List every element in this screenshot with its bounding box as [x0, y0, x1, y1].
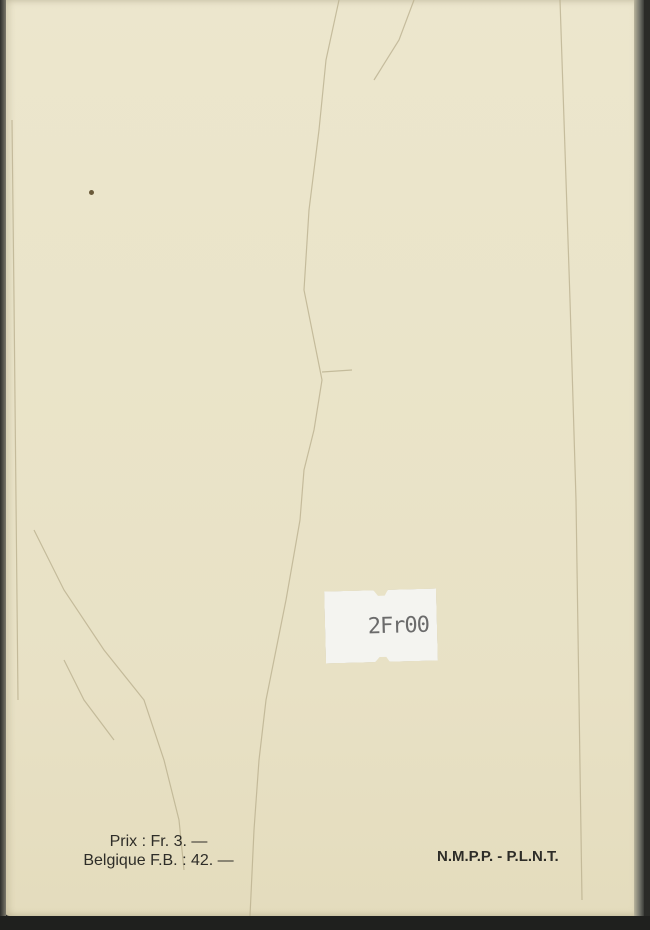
left-edge-shadow	[0, 0, 6, 930]
stain-spot	[89, 190, 94, 195]
distributor-label: N.M.P.P. - P.L.N.T.	[437, 848, 559, 865]
right-edge-shadow	[634, 0, 644, 916]
cover-price-block: Prix : Fr. 3. — Belgique F.B. : 42. —	[56, 832, 261, 870]
book-back-cover	[4, 0, 644, 916]
bottom-edge-shadow	[0, 916, 650, 930]
price-sticker: 2Fr00	[324, 589, 438, 664]
price-belgium: Belgique F.B. : 42. —	[56, 851, 261, 870]
sticker-price-text: 2Fr00	[367, 613, 429, 640]
price-france: Prix : Fr. 3. —	[56, 832, 261, 851]
paper-crease-lines	[4, 0, 644, 916]
